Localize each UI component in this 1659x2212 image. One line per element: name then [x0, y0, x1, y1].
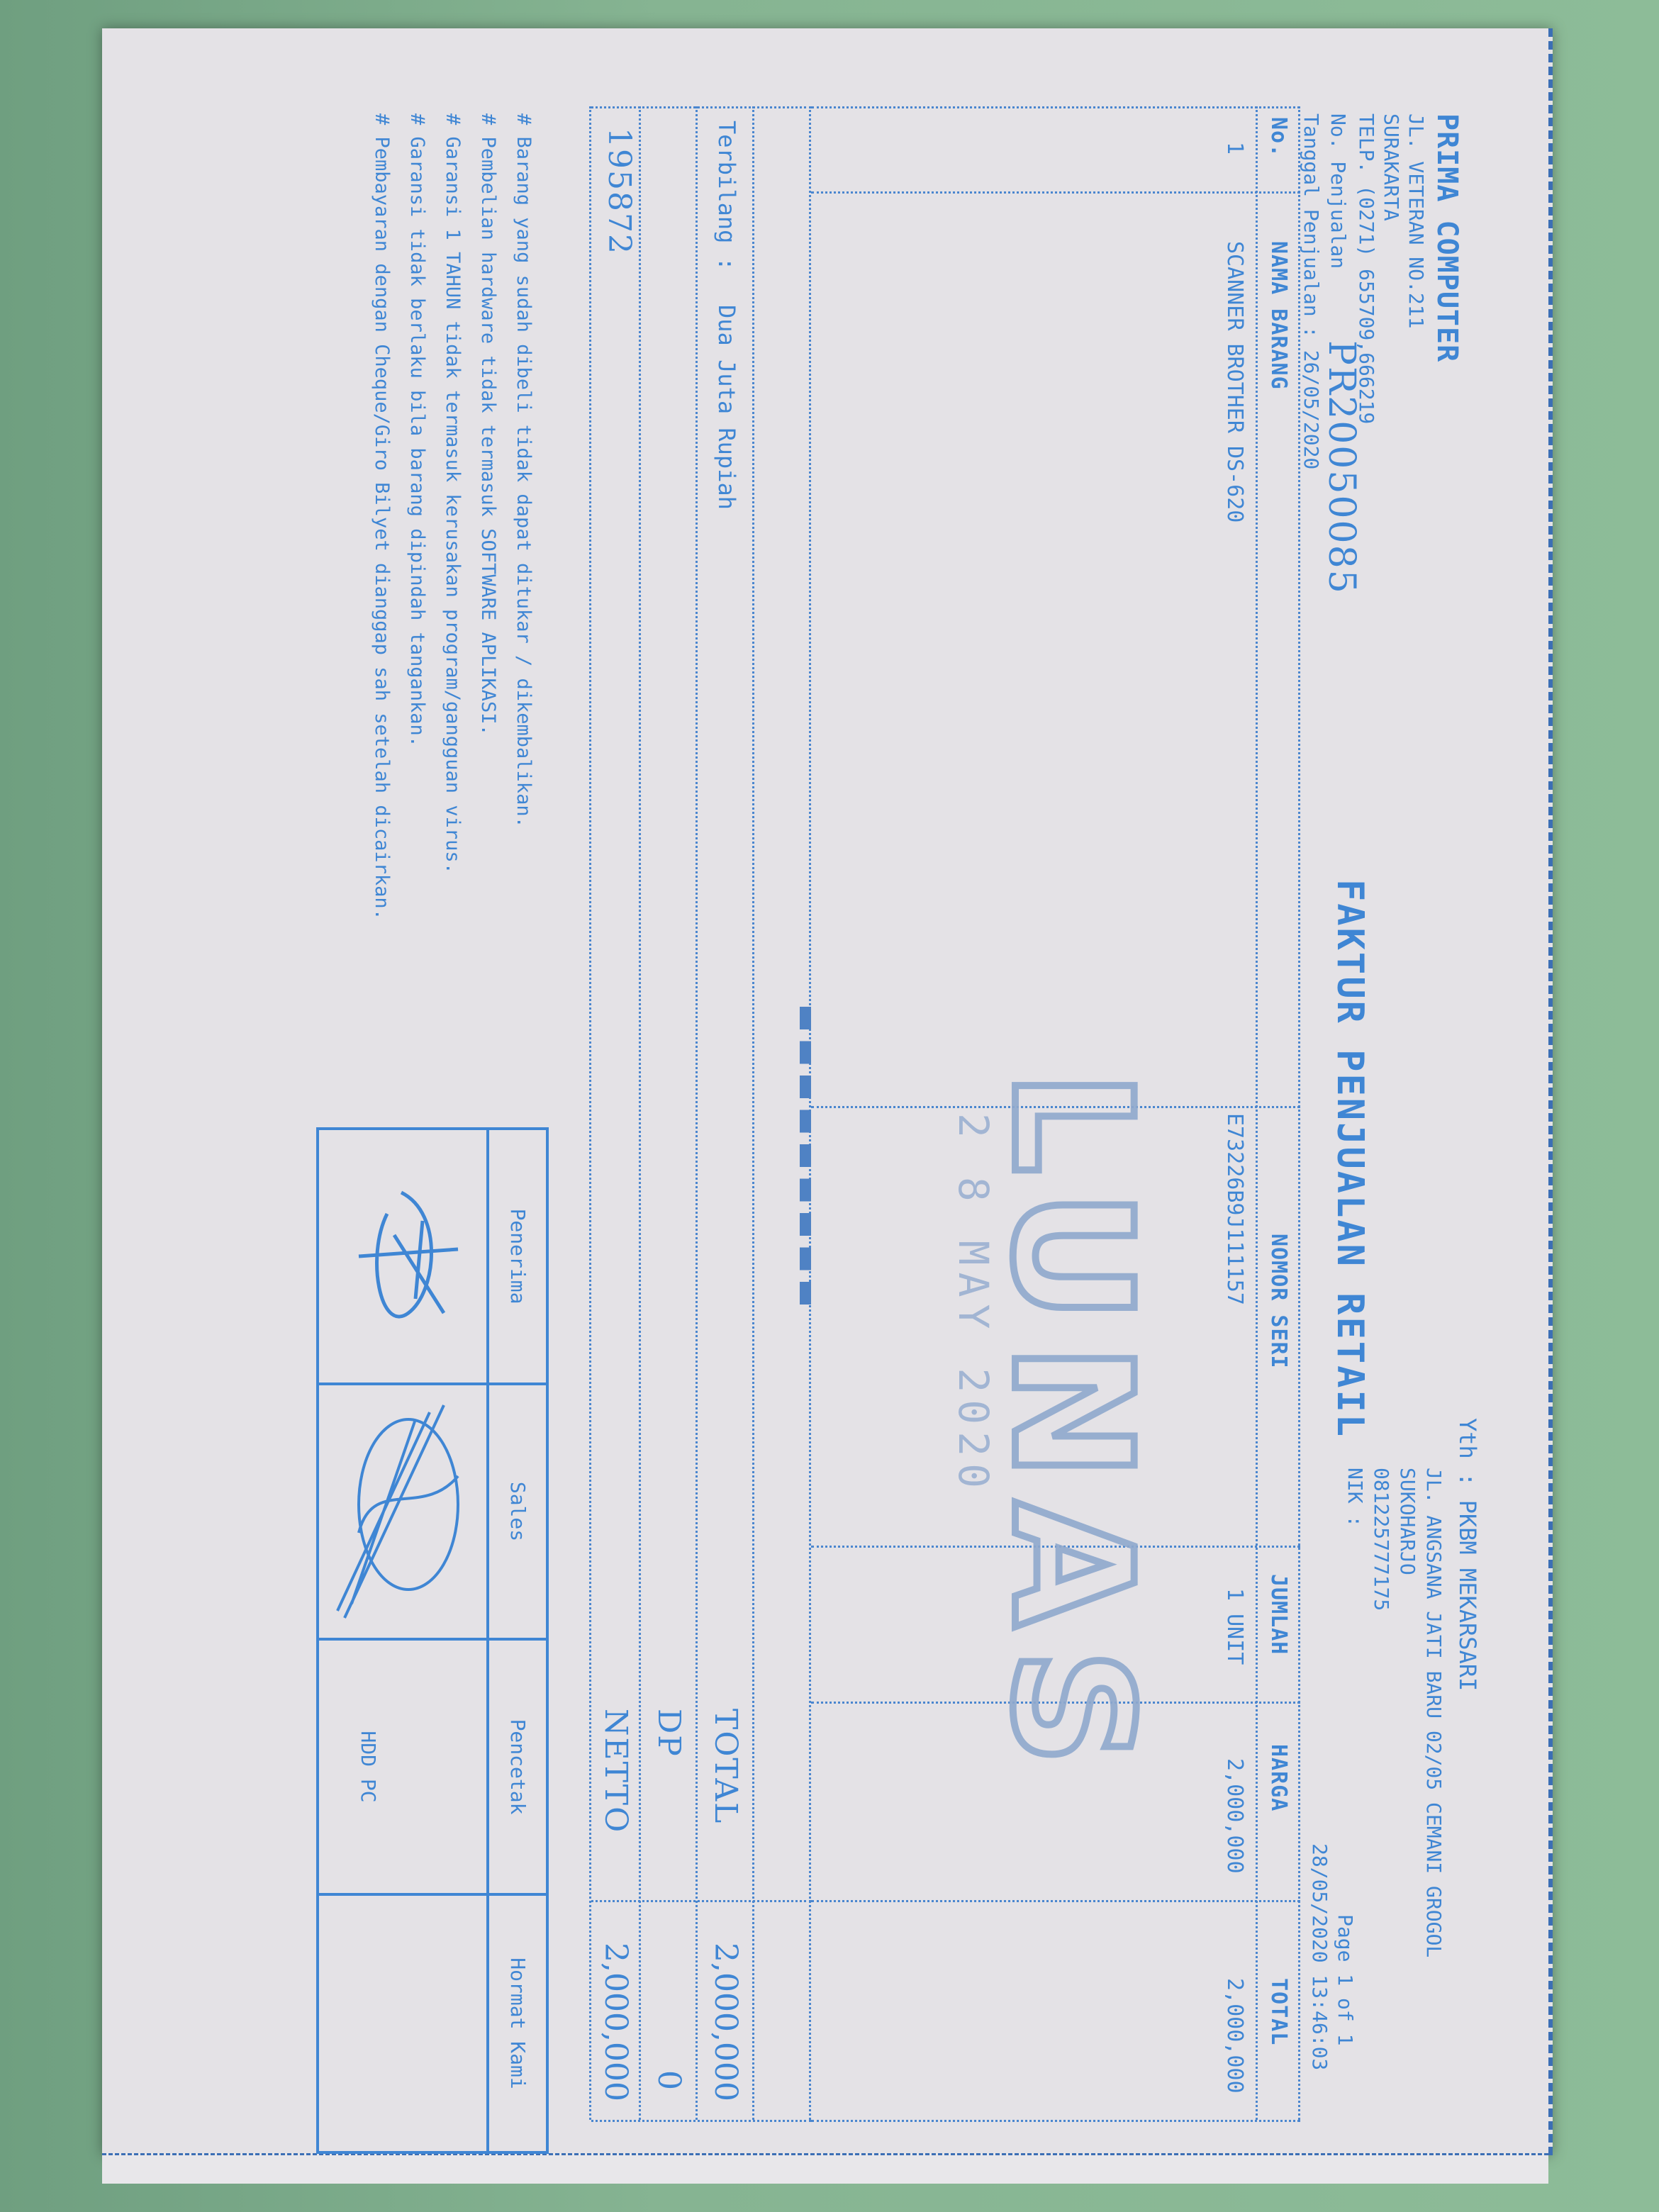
netto-value: 2,000,000 [598, 1943, 634, 2101]
signature-label: Penerima [486, 1130, 546, 1382]
signature-label: Pencetak [486, 1641, 546, 1893]
header-qty: JUMLAH [1266, 1574, 1291, 1655]
summary-line [639, 106, 641, 2120]
summary-vline [591, 2120, 811, 2122]
table-header-border [1256, 106, 1258, 2120]
dp-label: DP [651, 1709, 687, 1758]
signature-label: Hormat Kami [486, 1896, 546, 2151]
terbilang-label: Terbilang : [713, 121, 740, 271]
signature-regards [319, 1896, 486, 2151]
col-line [811, 106, 1300, 108]
header-total: TOTAL [1266, 1978, 1291, 2045]
signature-cell-receiver: Penerima [319, 1130, 546, 1385]
page-indicator: Page 1 of 1 [1334, 1914, 1357, 2045]
signature-label: Sales [486, 1385, 546, 1638]
summary-line [752, 106, 754, 2120]
invoice-number: PR20050085 [1320, 340, 1363, 595]
signature-cell-sales: Sales [319, 1385, 546, 1641]
summary-line [589, 106, 591, 2120]
dp-value: 0 [651, 2070, 687, 2090]
total-label: TOTAL [708, 1709, 744, 1824]
row-qty: 1 UNIT [1222, 1588, 1247, 1665]
seller-address: JL. VETERAN NO.211 [1404, 113, 1428, 328]
signature-scribble-icon [323, 1391, 486, 1632]
seller-city: SURAKARTA [1380, 113, 1403, 221]
signature-cell-regards: Hormat Kami [319, 1896, 546, 2151]
row-no: 1 [1222, 142, 1247, 155]
netto-label: NETTO [598, 1709, 634, 1833]
customer-address: JL. ANGSANA JATI BARU 02/05 CEMANI GROGO… [1422, 1468, 1446, 1957]
code-number: 195872 [601, 128, 637, 255]
col-line [811, 191, 1300, 194]
printed-timestamp: 28/05/2020 13:46:03 [1308, 1843, 1331, 2070]
note-item: # Pembayaran dengan Cheque/Giro Bilyet d… [371, 113, 393, 920]
header-item-name: NAMA BARANG [1266, 241, 1291, 390]
signature-box: Penerima Sales Pencetak HDD PC Hormat Ka… [316, 1127, 549, 2154]
invoice-date-label: Tanggal Penjualan [1300, 113, 1323, 317]
col-line [811, 1900, 1300, 1902]
customer-name: Yth : PKBM MEKARSARI [1454, 1418, 1481, 1691]
customer-nik: NIK : [1344, 1468, 1367, 1527]
stamp-dashed-bar [800, 1007, 811, 1305]
customer-phone: 081225777175 [1370, 1468, 1393, 1611]
row-item-name: SCANNER BROTHER DS-620 [1222, 241, 1247, 523]
total-value: 2,000,000 [708, 1943, 744, 2101]
summary-vline [591, 1900, 811, 1902]
row-price: 2,000,000 [1222, 1758, 1247, 1874]
stamp-text: LUNAS [976, 1071, 1166, 1787]
summary-line [696, 106, 698, 2120]
row-serial: E73226B9J111157 [1222, 1113, 1247, 1305]
invoice-title: FAKTUR PENJUALAN RETAIL [1329, 879, 1371, 1439]
note-item: # Garansi tidak berlaku bila barang dipi… [406, 113, 428, 747]
signature-cell-printer: Pencetak HDD PC [319, 1641, 546, 1896]
perforated-edge [102, 2153, 1548, 2184]
summary-vline [591, 106, 811, 108]
header-price: HARGA [1266, 1744, 1291, 1811]
printer-name: HDD PC [319, 1641, 486, 1893]
customer-city: SUKOHARJO [1396, 1468, 1419, 1575]
lunas-stamp: LUNAS 2 8 MAY 2020 [949, 1071, 1166, 1787]
col-line [811, 2120, 1300, 2122]
seller-name: PRIMA COMPUTER [1431, 113, 1463, 362]
signature-scribble-icon [345, 1150, 486, 1363]
note-item: # Garansi 1 TAHUN tidak termasuk kerusak… [442, 113, 464, 874]
signature-receiver [319, 1130, 486, 1382]
invoice-date: : 26/05/2020 [1300, 326, 1323, 469]
invoice-no-label: No. Penjualan [1326, 113, 1350, 269]
invoice-sheet: PRIMA COMPUTER JL. VETERAN NO.211 SURAKA… [102, 28, 1553, 2155]
header-no: No. [1266, 117, 1291, 157]
note-item: # Pembelian hardware tidak termasuk SOFT… [477, 113, 499, 736]
header-serial: NOMOR SERI [1266, 1234, 1291, 1369]
signature-sales [319, 1385, 486, 1638]
terbilang-value: Dua Juta Rupiah [713, 305, 740, 510]
note-item: # Barang yang sudah dibeli tidak dapat d… [513, 113, 535, 828]
row-total: 2,000,000 [1222, 1978, 1247, 2094]
table-top-border [1298, 106, 1300, 2120]
